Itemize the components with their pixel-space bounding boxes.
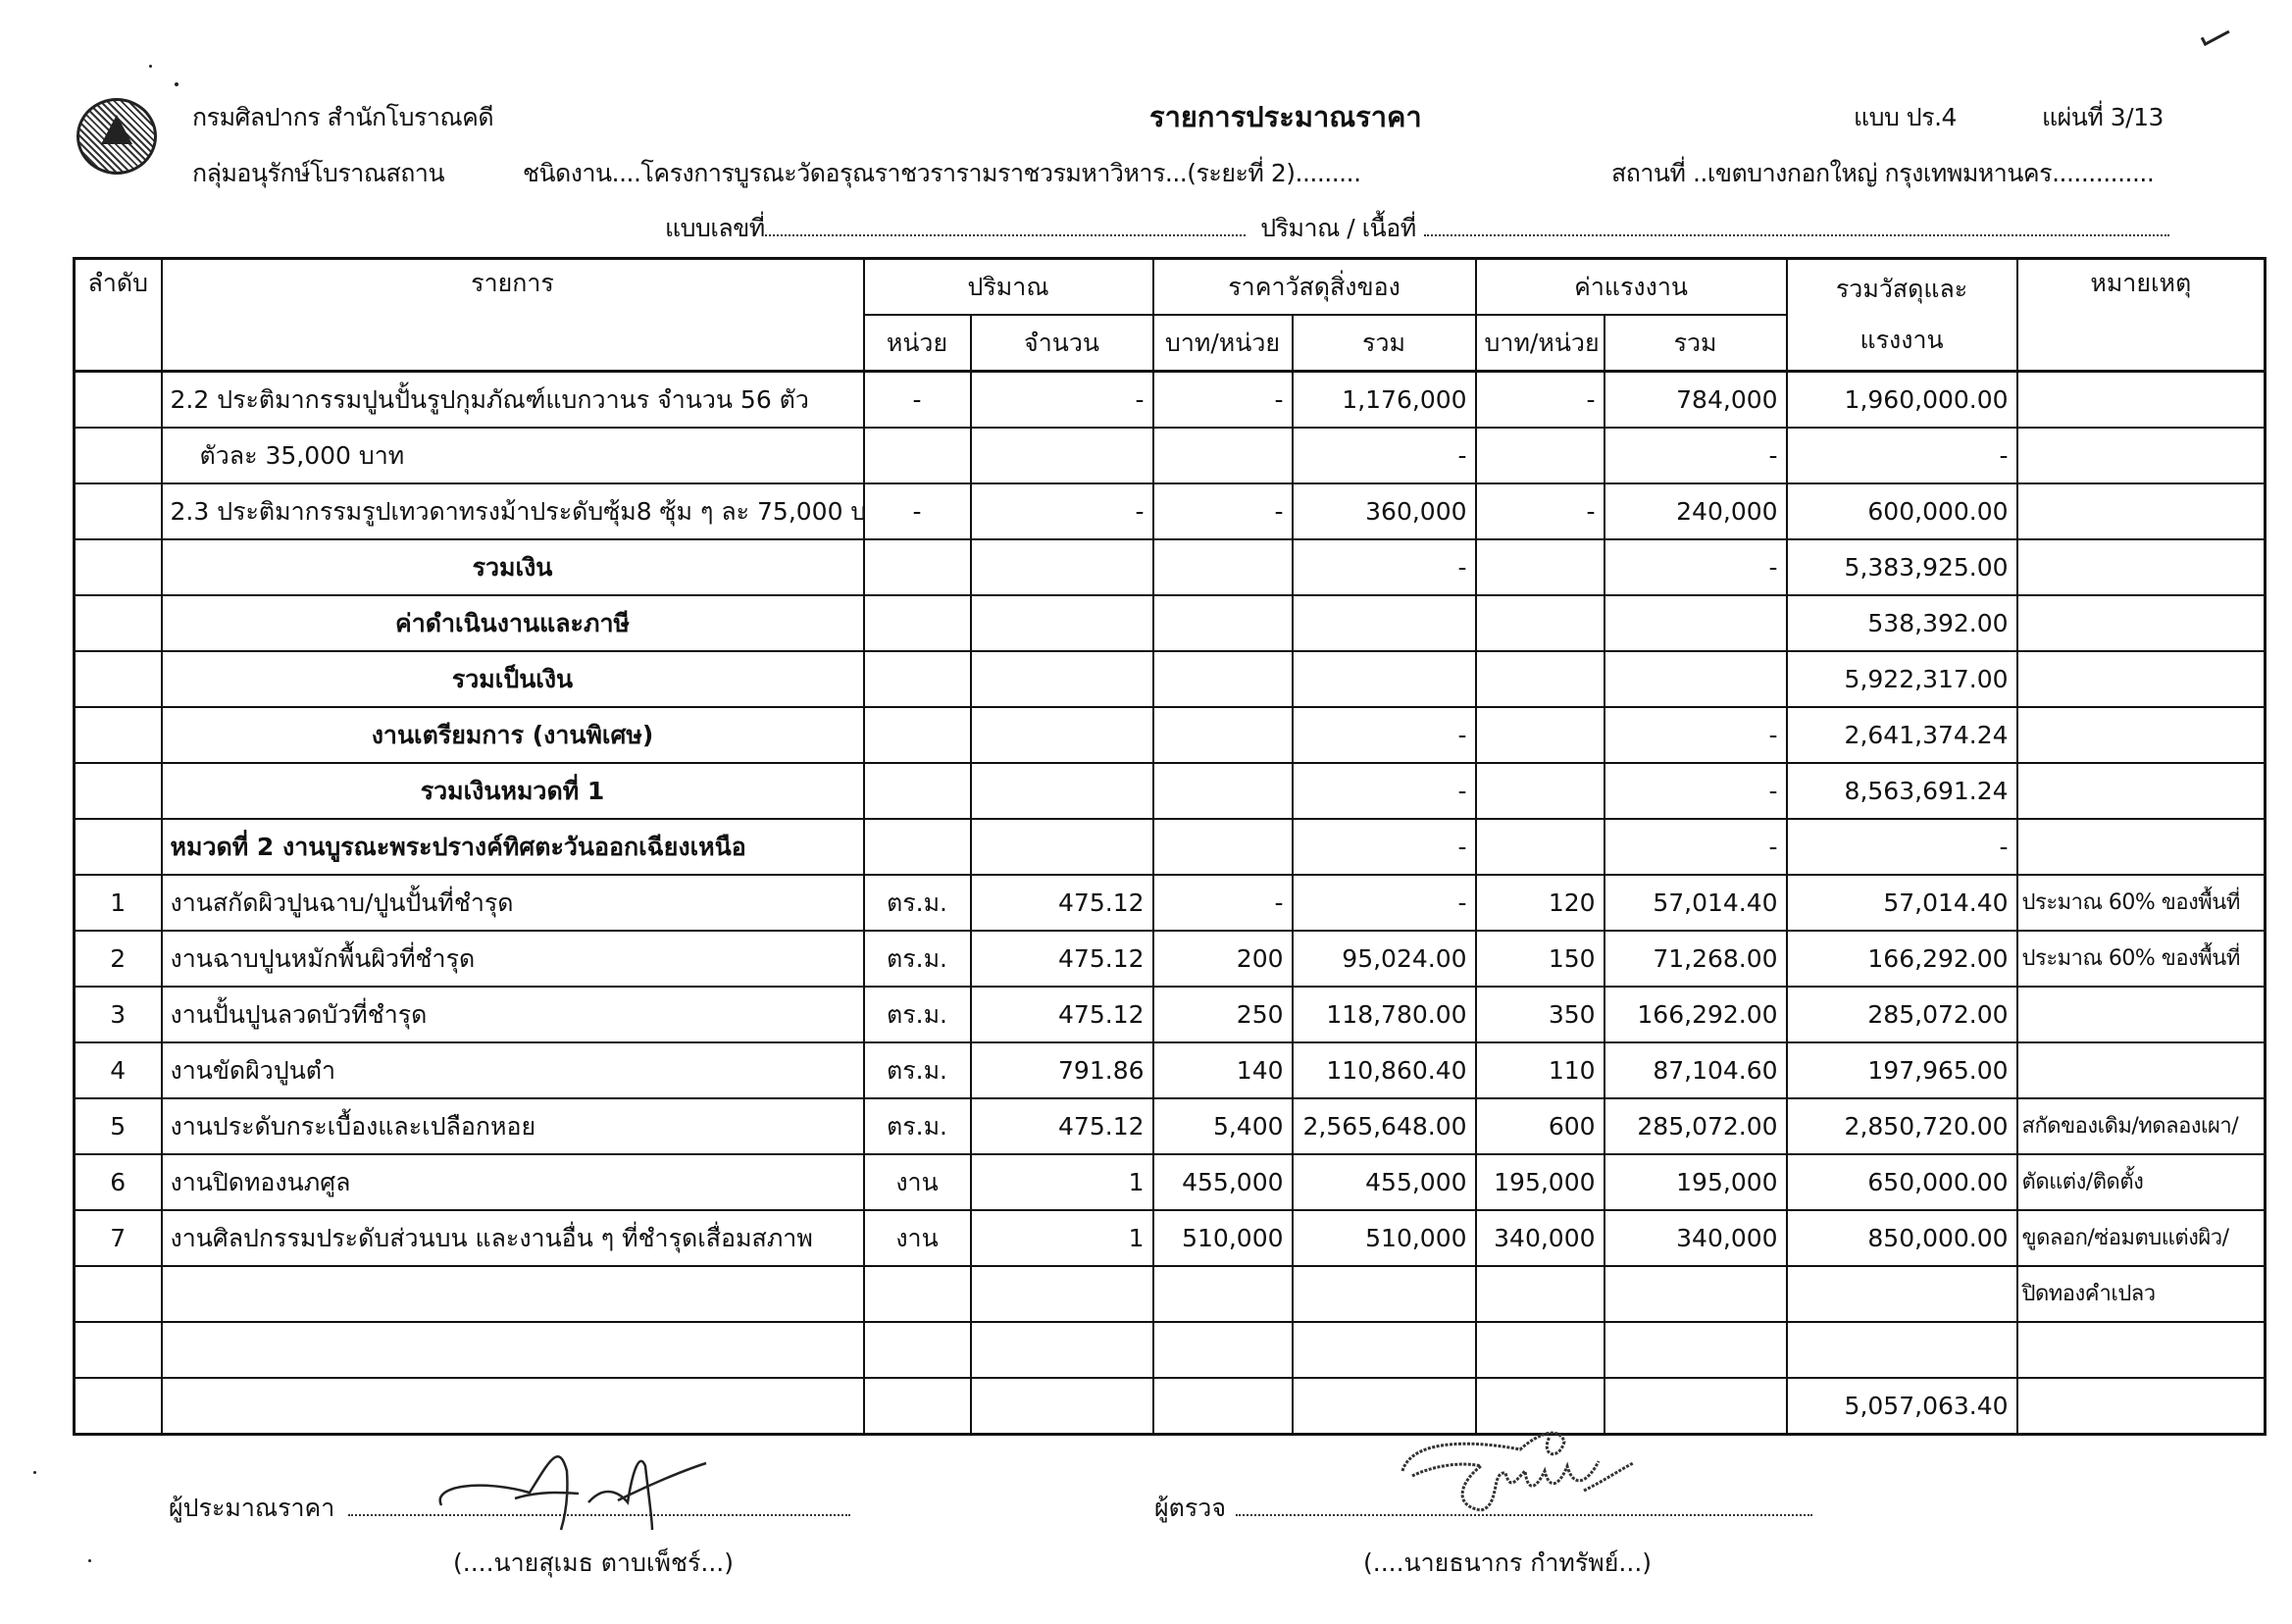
quantity-cell bbox=[971, 819, 1153, 875]
unit-cell bbox=[864, 763, 971, 819]
remark-cell bbox=[2017, 651, 2266, 707]
remark-cell: สกัดของเดิม/ทดลองเผา/ bbox=[2017, 1098, 2266, 1154]
grand-total-cell: 5,383,925.00 bbox=[1787, 539, 2017, 595]
col-labor-header: ค่าแรงงาน bbox=[1476, 259, 1787, 316]
form-code: แบบ ปร.4 bbox=[1854, 98, 1957, 137]
labor-total-cell: - bbox=[1604, 763, 1787, 819]
seq-cell: 7 bbox=[75, 1210, 162, 1266]
grand-total-cell bbox=[1787, 1266, 2017, 1322]
material-total-cell: 455,000 bbox=[1293, 1154, 1476, 1210]
material-total-cell: 510,000 bbox=[1293, 1210, 1476, 1266]
material-total-cell: - bbox=[1293, 428, 1476, 483]
table-row: 2.2 ประติมากรรมปูนปั้นรูปกุมภัณฑ์แบกวานร… bbox=[75, 372, 2266, 429]
remark-cell bbox=[2017, 372, 2266, 429]
material-total-cell: - bbox=[1293, 539, 1476, 595]
grand-total-cell: 8,563,691.24 bbox=[1787, 763, 2017, 819]
material-unit-price-cell: 200 bbox=[1153, 931, 1293, 987]
grand-total-cell: 650,000.00 bbox=[1787, 1154, 2017, 1210]
table-row bbox=[75, 1322, 2266, 1378]
handwritten-signature-icon bbox=[422, 1432, 716, 1540]
inspector-name: (....นายธนากร กำทรัพย์...) bbox=[1363, 1544, 1652, 1583]
material-total-cell bbox=[1293, 595, 1476, 651]
labor-total-cell: - bbox=[1604, 428, 1787, 483]
grand-total-cell: 600,000.00 bbox=[1787, 483, 2017, 539]
item-cell: รวมเงินหมวดที่ 1 bbox=[162, 763, 864, 819]
grand-total-cell: 285,072.00 bbox=[1787, 987, 2017, 1042]
material-total-cell: 360,000 bbox=[1293, 483, 1476, 539]
grand-total-cell: 2,850,720.00 bbox=[1787, 1098, 2017, 1154]
table-header: ลำดับ รายการ ปริมาณ ราคาวัสดุสิ่งของ ค่า… bbox=[75, 259, 2266, 372]
labor-unit-price-cell: 195,000 bbox=[1476, 1154, 1604, 1210]
item-cell: ตัวละ 35,000 บาท bbox=[162, 428, 864, 483]
col-material-header: ราคาวัสดุสิ่งของ bbox=[1153, 259, 1476, 316]
seq-cell bbox=[75, 595, 162, 651]
material-total-cell: 110,860.40 bbox=[1293, 1042, 1476, 1098]
material-unit-price-cell bbox=[1153, 763, 1293, 819]
scan-speck bbox=[88, 1559, 91, 1562]
seq-cell bbox=[75, 428, 162, 483]
col-item-header: รายการ bbox=[162, 259, 864, 372]
labor-total-cell: - bbox=[1604, 707, 1787, 763]
labor-total-cell: - bbox=[1604, 539, 1787, 595]
org-line-2: กลุ่มอนุรักษ์โบราณสถาน bbox=[192, 154, 444, 193]
col-lab-total-header: รวม bbox=[1604, 315, 1787, 372]
material-unit-price-cell: 140 bbox=[1153, 1042, 1293, 1098]
seq-cell bbox=[75, 539, 162, 595]
col-unit-header: หน่วย bbox=[864, 315, 971, 372]
location: สถานที่ ..เขตบางกอกใหญ่ กรุงเทพมหานคร...… bbox=[1611, 154, 2154, 193]
material-unit-price-cell bbox=[1153, 539, 1293, 595]
col-grand-total-header: รวมวัสดุและ แรงงาน bbox=[1787, 259, 2017, 372]
quantity-cell: 475.12 bbox=[971, 931, 1153, 987]
col-amount-header: จำนวน bbox=[971, 315, 1153, 372]
table-row: 5งานประดับกระเบื้องและเปลือกหอยตร.ม.475.… bbox=[75, 1098, 2266, 1154]
inspector-label: ผู้ตรวจ bbox=[1154, 1494, 1226, 1522]
labor-unit-price-cell bbox=[1476, 539, 1604, 595]
unit-cell: งาน bbox=[864, 1154, 971, 1210]
grand-total-cell: 5,057,063.40 bbox=[1787, 1378, 2017, 1435]
table-row: 2งานฉาบปูนหมักพื้นผิวที่ชำรุดตร.ม.475.12… bbox=[75, 931, 2266, 987]
material-unit-price-cell: - bbox=[1153, 483, 1293, 539]
col-mat-total-header: รวม bbox=[1293, 315, 1476, 372]
remark-cell bbox=[2017, 539, 2266, 595]
page-title: รายการประมาณราคา bbox=[1149, 94, 1422, 139]
material-total-cell: - bbox=[1293, 819, 1476, 875]
remark-cell: ขูดลอก/ซ่อมตบแต่งผิว/ bbox=[2017, 1210, 2266, 1266]
quantity-cell: 791.86 bbox=[971, 1042, 1153, 1098]
handwritten-signature-icon bbox=[1393, 1412, 1648, 1520]
table-row: งานเตรียมการ (งานพิเศษ)--2,641,374.24 bbox=[75, 707, 2266, 763]
quantity-cell: 1 bbox=[971, 1210, 1153, 1266]
labor-unit-price-cell bbox=[1476, 428, 1604, 483]
remark-cell bbox=[2017, 1042, 2266, 1098]
area-blank bbox=[1424, 234, 2169, 236]
material-total-cell: 2,565,648.00 bbox=[1293, 1098, 1476, 1154]
unit-cell: ตร.ม. bbox=[864, 1098, 971, 1154]
table-body: 2.2 ประติมากรรมปูนปั้นรูปกุมภัณฑ์แบกวานร… bbox=[75, 372, 2266, 1435]
material-total-cell: - bbox=[1293, 875, 1476, 931]
material-total-cell: 95,024.00 bbox=[1293, 931, 1476, 987]
labor-unit-price-cell: 340,000 bbox=[1476, 1210, 1604, 1266]
department-seal-icon bbox=[76, 98, 157, 175]
labor-total-cell: 87,104.60 bbox=[1604, 1042, 1787, 1098]
material-unit-price-cell bbox=[1153, 707, 1293, 763]
labor-total-cell bbox=[1604, 1266, 1787, 1322]
grand-total-cell: 57,014.40 bbox=[1787, 875, 2017, 931]
labor-total-cell: 166,292.00 bbox=[1604, 987, 1787, 1042]
labor-unit-price-cell bbox=[1476, 819, 1604, 875]
grand-total-cell bbox=[1787, 1322, 2017, 1378]
labor-total-cell bbox=[1604, 1322, 1787, 1378]
unit-cell: ตร.ม. bbox=[864, 875, 971, 931]
material-unit-price-cell bbox=[1153, 651, 1293, 707]
quantity-cell: - bbox=[971, 483, 1153, 539]
remark-cell bbox=[2017, 1378, 2266, 1435]
table-row: รวมเงินหมวดที่ 1--8,563,691.24 bbox=[75, 763, 2266, 819]
labor-unit-price-cell bbox=[1476, 595, 1604, 651]
labor-unit-price-cell: 110 bbox=[1476, 1042, 1604, 1098]
material-total-cell: - bbox=[1293, 707, 1476, 763]
item-cell: หมวดที่ 2 งานบูรณะพระปรางค์ทิศตะวันออกเฉ… bbox=[162, 819, 864, 875]
item-cell: ค่าดำเนินงานและภาษี bbox=[162, 595, 864, 651]
col-mat-unit-price-header: บาท/หน่วย bbox=[1153, 315, 1293, 372]
grand-total-cell: 5,922,317.00 bbox=[1787, 651, 2017, 707]
grand-total-cell: - bbox=[1787, 819, 2017, 875]
grand-total-cell: 1,960,000.00 bbox=[1787, 372, 2017, 429]
table-row: 2.3 ประติมากรรมรูปเทวดาทรงม้าประดับซุ้ม8… bbox=[75, 483, 2266, 539]
table-row: 6งานปิดทองนภศูลงาน1455,000455,000195,000… bbox=[75, 1154, 2266, 1210]
labor-unit-price-cell bbox=[1476, 651, 1604, 707]
seq-cell: 1 bbox=[75, 875, 162, 931]
labor-total-cell: 71,268.00 bbox=[1604, 931, 1787, 987]
material-unit-price-cell bbox=[1153, 1322, 1293, 1378]
quantity-cell: 475.12 bbox=[971, 1098, 1153, 1154]
quantity-cell bbox=[971, 1378, 1153, 1435]
item-cell: 2.2 ประติมากรรมปูนปั้นรูปกุมภัณฑ์แบกวานร… bbox=[162, 372, 864, 429]
grand-total-cell: 166,292.00 bbox=[1787, 931, 2017, 987]
seq-cell: 5 bbox=[75, 1098, 162, 1154]
grand-total-cell: 850,000.00 bbox=[1787, 1210, 2017, 1266]
seq-cell bbox=[75, 1322, 162, 1378]
unit-cell: ตร.ม. bbox=[864, 1042, 971, 1098]
grand-header-line1: รวมวัสดุและ bbox=[1788, 264, 2016, 315]
scan-speck bbox=[33, 1471, 36, 1474]
unit-cell bbox=[864, 428, 971, 483]
seq-cell bbox=[75, 651, 162, 707]
remark-cell bbox=[2017, 763, 2266, 819]
quantity-cell bbox=[971, 763, 1153, 819]
material-unit-price-cell bbox=[1153, 595, 1293, 651]
labor-total-cell: 285,072.00 bbox=[1604, 1098, 1787, 1154]
col-lab-unit-price-header: บาท/หน่วย bbox=[1476, 315, 1604, 372]
sheet-number: แผ่นที่ 3/13 bbox=[2042, 98, 2164, 137]
grand-total-cell: 197,965.00 bbox=[1787, 1042, 2017, 1098]
material-unit-price-cell: 510,000 bbox=[1153, 1210, 1293, 1266]
labor-unit-price-cell bbox=[1476, 1266, 1604, 1322]
material-unit-price-cell bbox=[1153, 1266, 1293, 1322]
labor-unit-price-cell bbox=[1476, 707, 1604, 763]
scan-speck bbox=[149, 65, 152, 68]
quantity-cell bbox=[971, 707, 1153, 763]
remark-cell bbox=[2017, 595, 2266, 651]
table-row: 4งานขัดผิวปูนตำตร.ม.791.86140110,860.401… bbox=[75, 1042, 2266, 1098]
table-row: ตัวละ 35,000 บาท--- bbox=[75, 428, 2266, 483]
unit-cell bbox=[864, 1378, 971, 1435]
unit-cell: - bbox=[864, 372, 971, 429]
org-line-1: กรมศิลปากร สำนักโบราณคดี bbox=[192, 98, 493, 137]
quantity-cell: 475.12 bbox=[971, 987, 1153, 1042]
table-row: ปิดทองคำเปลว bbox=[75, 1266, 2266, 1322]
col-remark-header: หมายเหตุ bbox=[2017, 259, 2266, 372]
item-cell bbox=[162, 1322, 864, 1378]
item-cell: รวมเป็นเงิน bbox=[162, 651, 864, 707]
unit-cell bbox=[864, 595, 971, 651]
unit-cell: ตร.ม. bbox=[864, 931, 971, 987]
unit-cell bbox=[864, 1322, 971, 1378]
remark-cell bbox=[2017, 987, 2266, 1042]
labor-unit-price-cell: - bbox=[1476, 372, 1604, 429]
seq-cell bbox=[75, 763, 162, 819]
plan-number-blank bbox=[765, 234, 1246, 236]
seq-cell: 3 bbox=[75, 987, 162, 1042]
material-unit-price-cell: - bbox=[1153, 875, 1293, 931]
labor-total-cell bbox=[1604, 595, 1787, 651]
table-row: 5,057,063.40 bbox=[75, 1378, 2266, 1435]
quantity-cell: 475.12 bbox=[971, 875, 1153, 931]
unit-cell bbox=[864, 539, 971, 595]
plan-number-label: แบบเลขที่ bbox=[665, 214, 765, 242]
material-unit-price-cell bbox=[1153, 428, 1293, 483]
item-cell bbox=[162, 1266, 864, 1322]
material-unit-price-cell: 5,400 bbox=[1153, 1098, 1293, 1154]
material-total-cell: 1,176,000 bbox=[1293, 372, 1476, 429]
labor-total-cell: 240,000 bbox=[1604, 483, 1787, 539]
labor-unit-price-cell bbox=[1476, 763, 1604, 819]
labor-unit-price-cell bbox=[1476, 1322, 1604, 1378]
table-row: รวมเงิน--5,383,925.00 bbox=[75, 539, 2266, 595]
grand-total-cell: - bbox=[1787, 428, 2017, 483]
labor-unit-price-cell: 350 bbox=[1476, 987, 1604, 1042]
labor-total-cell: 195,000 bbox=[1604, 1154, 1787, 1210]
material-unit-price-cell bbox=[1153, 819, 1293, 875]
grand-total-cell: 538,392.00 bbox=[1787, 595, 2017, 651]
col-seq-header: ลำดับ bbox=[75, 259, 162, 372]
unit-cell: งาน bbox=[864, 1210, 971, 1266]
labor-total-cell: 784,000 bbox=[1604, 372, 1787, 429]
table-row: 3งานปั้นปูนลวดบัวที่ชำรุดตร.ม.475.122501… bbox=[75, 987, 2266, 1042]
remark-cell: ประมาณ 60% ของพื้นที่ bbox=[2017, 875, 2266, 931]
labor-unit-price-cell: - bbox=[1476, 483, 1604, 539]
estimator-name: (....นายสุเมธ ตาบเพ็ชร์...) bbox=[453, 1544, 734, 1583]
table-row: 7งานศิลปกรรมประดับส่วนบน และงานอื่น ๆ ที… bbox=[75, 1210, 2266, 1266]
item-cell: งานฉาบปูนหมักพื้นผิวที่ชำรุด bbox=[162, 931, 864, 987]
remark-cell bbox=[2017, 483, 2266, 539]
col-quantity-header: ปริมาณ bbox=[864, 259, 1153, 316]
item-cell: งานสกัดผิวปูนฉาบ/ปูนปั้นที่ชำรุด bbox=[162, 875, 864, 931]
remark-cell bbox=[2017, 819, 2266, 875]
unit-cell: ตร.ม. bbox=[864, 987, 971, 1042]
labor-total-cell: 340,000 bbox=[1604, 1210, 1787, 1266]
material-unit-price-cell: - bbox=[1153, 372, 1293, 429]
estimate-table: ลำดับ รายการ ปริมาณ ราคาวัสดุสิ่งของ ค่า… bbox=[73, 257, 2267, 1436]
scan-speck bbox=[175, 82, 178, 86]
labor-unit-price-cell: 120 bbox=[1476, 875, 1604, 931]
quantity-cell bbox=[971, 595, 1153, 651]
grand-header-line2: แรงงาน bbox=[1788, 315, 2016, 366]
item-cell bbox=[162, 1378, 864, 1435]
unit-cell bbox=[864, 651, 971, 707]
material-unit-price-cell: 455,000 bbox=[1153, 1154, 1293, 1210]
remark-cell bbox=[2017, 707, 2266, 763]
seq-cell bbox=[75, 372, 162, 429]
work-type: ชนิดงาน....โครงการบูรณะวัดอรุณราชวรารามร… bbox=[523, 154, 1361, 193]
seq-cell bbox=[75, 819, 162, 875]
quantity-cell: 1 bbox=[971, 1154, 1153, 1210]
seq-cell: 4 bbox=[75, 1042, 162, 1098]
quantity-cell bbox=[971, 651, 1153, 707]
unit-cell bbox=[864, 707, 971, 763]
labor-total-cell: - bbox=[1604, 819, 1787, 875]
labor-unit-price-cell: 150 bbox=[1476, 931, 1604, 987]
remark-cell: ตัดแต่ง/ติดตั้ง bbox=[2017, 1154, 2266, 1210]
item-cell: งานประดับกระเบื้องและเปลือกหอย bbox=[162, 1098, 864, 1154]
seq-cell: 2 bbox=[75, 931, 162, 987]
unit-cell: - bbox=[864, 483, 971, 539]
seq-cell bbox=[75, 483, 162, 539]
item-cell: งานปิดทองนภศูล bbox=[162, 1154, 864, 1210]
estimator-label: ผู้ประมาณราคา bbox=[169, 1494, 334, 1522]
material-total-cell: 118,780.00 bbox=[1293, 987, 1476, 1042]
labor-total-cell: 57,014.40 bbox=[1604, 875, 1787, 931]
unit-cell bbox=[864, 819, 971, 875]
quantity-cell bbox=[971, 428, 1153, 483]
table-row: รวมเป็นเงิน5,922,317.00 bbox=[75, 651, 2266, 707]
seq-cell: 6 bbox=[75, 1154, 162, 1210]
item-cell: งานเตรียมการ (งานพิเศษ) bbox=[162, 707, 864, 763]
material-total-cell bbox=[1293, 1266, 1476, 1322]
item-cell: งานขัดผิวปูนตำ bbox=[162, 1042, 864, 1098]
table-row: หมวดที่ 2 งานบูรณะพระปรางค์ทิศตะวันออกเฉ… bbox=[75, 819, 2266, 875]
quantity-cell bbox=[971, 1322, 1153, 1378]
quantity-cell bbox=[971, 1266, 1153, 1322]
seq-cell bbox=[75, 1266, 162, 1322]
quantity-cell bbox=[971, 539, 1153, 595]
checkmark-icon bbox=[2201, 25, 2230, 46]
material-total-cell bbox=[1293, 1322, 1476, 1378]
seq-cell bbox=[75, 707, 162, 763]
material-total-cell: - bbox=[1293, 763, 1476, 819]
item-cell: รวมเงิน bbox=[162, 539, 864, 595]
quantity-cell: - bbox=[971, 372, 1153, 429]
unit-cell bbox=[864, 1266, 971, 1322]
item-cell: งานปั้นปูนลวดบัวที่ชำรุด bbox=[162, 987, 864, 1042]
remark-cell bbox=[2017, 1322, 2266, 1378]
material-unit-price-cell bbox=[1153, 1378, 1293, 1435]
item-cell: งานศิลปกรรมประดับส่วนบน และงานอื่น ๆ ที่… bbox=[162, 1210, 864, 1266]
item-cell: 2.3 ประติมากรรมรูปเทวดาทรงม้าประดับซุ้ม8… bbox=[162, 483, 864, 539]
area-label: ปริมาณ / เนื้อที่ bbox=[1260, 214, 1415, 242]
grand-total-cell: 2,641,374.24 bbox=[1787, 707, 2017, 763]
remark-cell: ประมาณ 60% ของพื้นที่ bbox=[2017, 931, 2266, 987]
labor-unit-price-cell: 600 bbox=[1476, 1098, 1604, 1154]
material-unit-price-cell: 250 bbox=[1153, 987, 1293, 1042]
material-total-cell bbox=[1293, 651, 1476, 707]
remark-cell: ปิดทองคำเปลว bbox=[2017, 1266, 2266, 1322]
table-row: ค่าดำเนินงานและภาษี538,392.00 bbox=[75, 595, 2266, 651]
plan-number-field: แบบเลขที่ ปริมาณ / เนื้อที่ bbox=[665, 209, 2169, 248]
seq-cell bbox=[75, 1378, 162, 1435]
table-row: 1งานสกัดผิวปูนฉาบ/ปูนปั้นที่ชำรุดตร.ม.47… bbox=[75, 875, 2266, 931]
remark-cell bbox=[2017, 428, 2266, 483]
labor-total-cell bbox=[1604, 651, 1787, 707]
